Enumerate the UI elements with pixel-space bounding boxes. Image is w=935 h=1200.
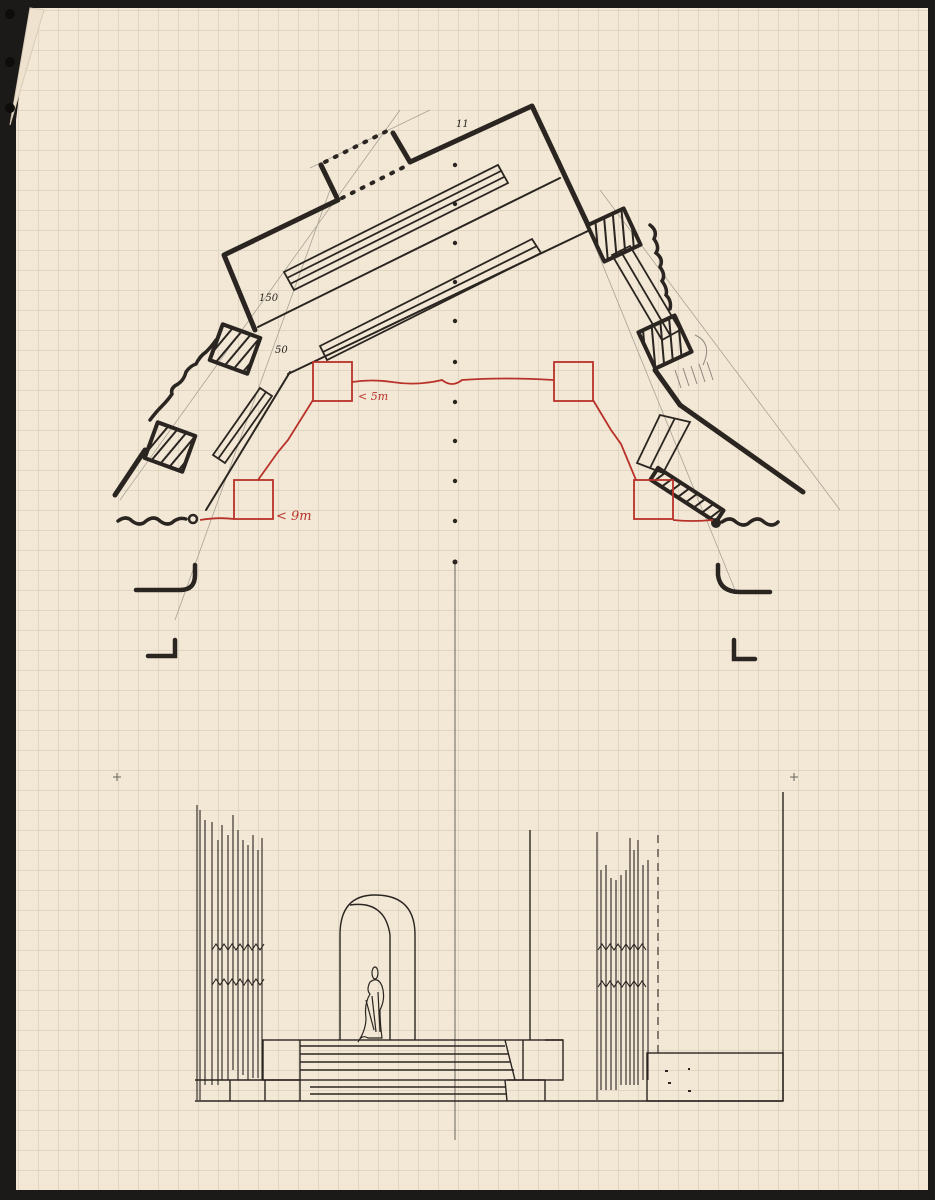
drawing-sheet: < 5m < 9m 11 150 50 [0,0,935,1200]
dim-outer-label: < 9m [276,509,312,524]
paper [5,8,928,1190]
top-mark-label: 11 [456,119,469,130]
label-50: 50 [275,345,288,356]
label-150: 150 [259,293,279,304]
dim-inner-label: < 5m [358,390,388,403]
